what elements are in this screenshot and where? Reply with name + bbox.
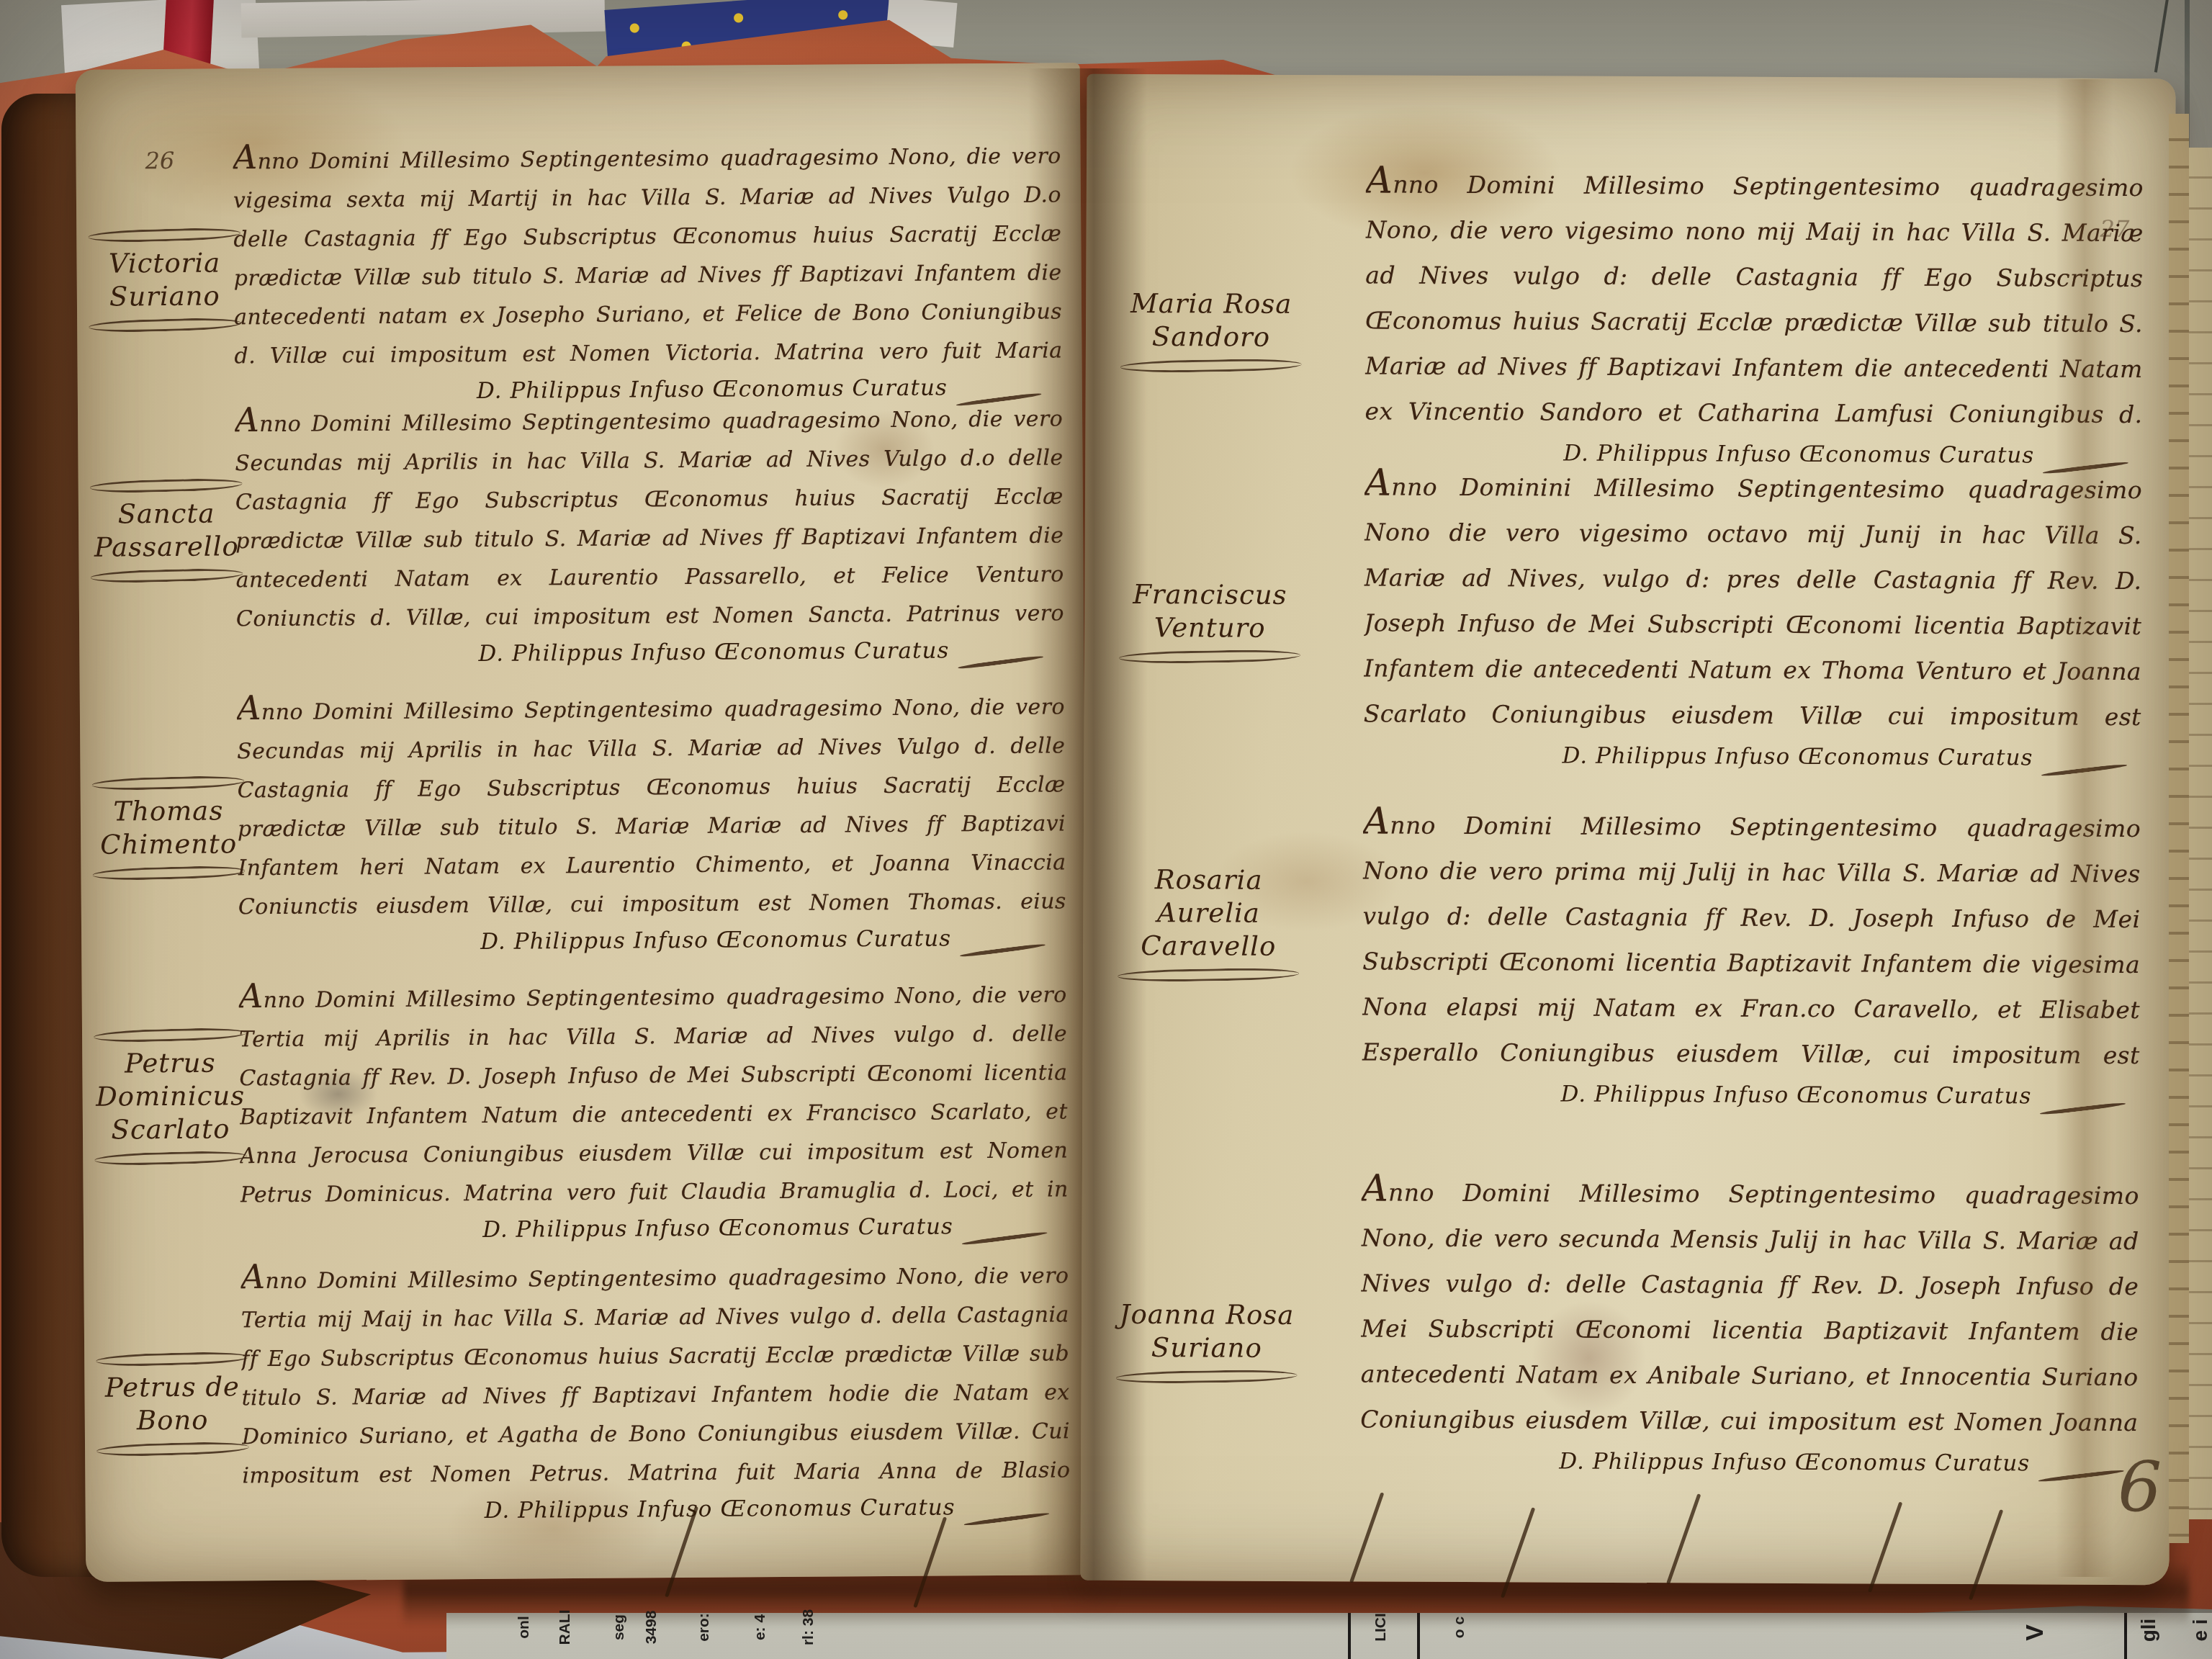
pen-flourish: [1868, 1501, 1902, 1592]
record-body: Anno Domini Millesimo Septingentesimo qu…: [1362, 802, 2141, 1079]
margin-name: Victoria Suriano: [88, 240, 241, 319]
margin-name: Petrus de Bono: [96, 1364, 249, 1443]
left-page: 26 Victoria Suriano Anno Domini Millesim…: [76, 63, 1091, 1582]
baptism-record: Thomas Chimento Anno Domini Millesimo Se…: [80, 685, 1087, 958]
record-body: Anno Domini Millesimo Septingentesimo qu…: [233, 135, 1062, 375]
pen-flourish: [1666, 1493, 1701, 1584]
right-page: 27 Maria Rosa Sandoro Anno Domini Milles…: [1080, 74, 2175, 1586]
baptismal-register-photo: onl RALI seg 3498 ero: e: 4 rl: 38 LICI …: [0, 0, 2212, 1659]
margin-rule: [1120, 358, 1302, 373]
corner-numeral: 6: [2118, 1447, 2162, 1527]
baptism-record: Joanna Rosa Suriano Anno Domini Millesim…: [1081, 1169, 2171, 1478]
margin-name: Thomas Chimento: [92, 788, 246, 867]
record-signature: D. Philippus Infuso Œconomus Curatus: [238, 925, 1045, 957]
margin-name: Sancta Passarello: [90, 491, 243, 570]
fore-edge-pages: [2169, 114, 2189, 1543]
record-body: Anno Dominini Millesimo Septingentesimo …: [1364, 464, 2143, 741]
record-body: Anno Domini Millesimo Septingentesimo qu…: [240, 1254, 1070, 1495]
record-body: Anno Domini Millesimo Septingentesimo qu…: [239, 974, 1069, 1214]
paper-scrap: [241, 0, 606, 37]
record-body: Anno Domini Millesimo Septingentesimo qu…: [1364, 161, 2144, 439]
record-body: Anno Domini Millesimo Septingentesimo qu…: [237, 685, 1066, 926]
record-signature: D. Philippus Infuso Œconomus Curatus: [243, 1494, 1049, 1526]
baptism-record: Sancta Passarello Anno Domini Millesimo …: [78, 397, 1084, 670]
margin-name: Petrus Dominicus Scarlato: [94, 1040, 247, 1152]
page-fold-shadow: [2056, 79, 2113, 1577]
baptism-record: Petrus de Bono Anno Domini Millesimo Sep…: [84, 1254, 1090, 1527]
margin-name: Maria Rosa Sandoro: [1120, 282, 1302, 360]
record-signature: D. Philippus Infuso Œconomus Curatus: [240, 1213, 1047, 1245]
record-signature: D. Philippus Infuso Œconomus Curatus: [236, 637, 1043, 669]
baptism-record: Rosaria Aurelia Caravello Anno Domini Mi…: [1082, 801, 2172, 1110]
newspaper-text: e i: [2189, 1619, 2212, 1641]
record-body: Anno Domini Millesimo Septingentesimo qu…: [235, 397, 1064, 638]
string: [2154, 0, 2169, 73]
baptism-record: Victoria Suriano Anno Domini Millesimo S…: [76, 135, 1082, 407]
record-signature: D. Philippus Infuso Œconomus Curatus: [1363, 742, 2126, 771]
baptism-record: Franciscus Venturo Anno Dominini Millesi…: [1084, 463, 2174, 772]
record-signature: D. Philippus Infuso Œconomus Curatus: [1360, 1447, 2123, 1477]
baptism-record: Petrus Dominicus Scarlato Anno Domini Mi…: [82, 974, 1089, 1246]
record-body: Anno Domini Millesimo Septingentesimo qu…: [1360, 1169, 2139, 1447]
pen-flourish: [1349, 1492, 1384, 1583]
record-signature: D. Philippus Infuso Œconomus Curatus: [1362, 1080, 2125, 1110]
fore-edge-pages: [2189, 148, 2212, 1519]
book-gutter-shadow: [1028, 68, 1147, 1581]
baptism-record: Maria Rosa Sandoro Anno Domini Millesimo…: [1085, 161, 2175, 469]
